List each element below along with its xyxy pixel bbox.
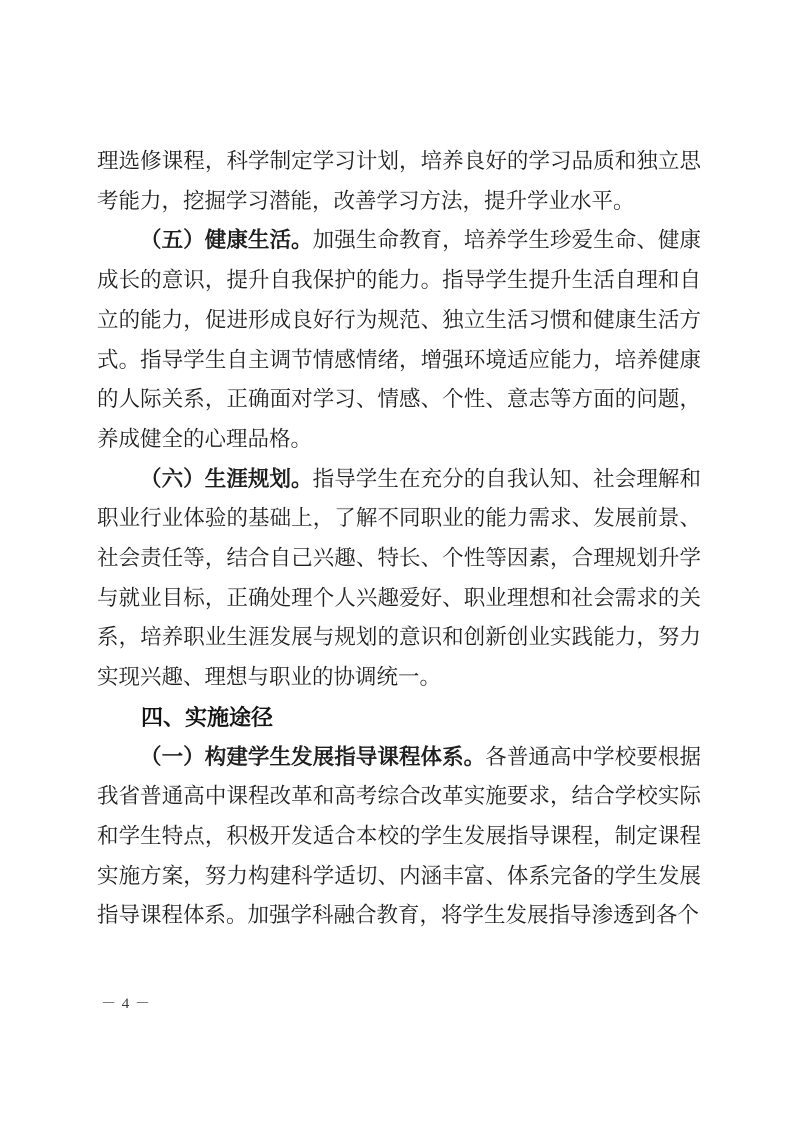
paragraph-text: 理选修课程，科学制定学习计划，培养良好的学习品质和独立思考能力，挖掘学习潜能，改… xyxy=(97,149,701,213)
paragraph-text: 各普通高中学校要根据我省普通高中课程改革和高考综合改革实施要求，结合学校实际和学… xyxy=(97,745,701,928)
paragraph-bold-lead: （一）构建学生发展指导课程体系。 xyxy=(140,745,485,769)
paragraph-bold-lead: （六）生涯规划。 xyxy=(140,467,313,491)
paragraph-career-planning: （六）生涯规划。指导学生在充分的自我认知、社会理解和职业行业体验的基础上，了解不… xyxy=(97,460,701,698)
page-number: － 4 － xyxy=(101,996,151,1012)
paragraph-continuation: 理选修课程，科学制定学习计划，培养良好的学习品质和独立思考能力，挖掘学习潜能，改… xyxy=(97,142,701,221)
paragraph-curriculum-system: （一）构建学生发展指导课程体系。各普通高中学校要根据我省普通高中课程改革和高考综… xyxy=(97,738,701,937)
document-page: 理选修课程，科学制定学习计划，培养良好的学习品质和独立思考能力，挖掘学习潜能，改… xyxy=(0,0,793,1122)
paragraph-bold-lead: （五）健康生活。 xyxy=(140,228,313,252)
section-heading-implementation: 四、实施途径 xyxy=(97,698,701,738)
paragraph-text: 指导学生在充分的自我认知、社会理解和职业行业体验的基础上，了解不同职业的能力需求… xyxy=(97,467,701,690)
paragraph-healthy-living: （五）健康生活。加强生命教育，培养学生珍爱生命、健康成长的意识，提升自我保护的能… xyxy=(97,221,701,459)
page-footer: － 4 － xyxy=(101,992,151,1013)
document-body: 理选修课程，科学制定学习计划，培养良好的学习品质和独立思考能力，挖掘学习潜能，改… xyxy=(97,142,701,936)
paragraph-text: 加强生命教育，培养学生珍爱生命、健康成长的意识，提升自我保护的能力。指导学生提升… xyxy=(97,228,701,451)
